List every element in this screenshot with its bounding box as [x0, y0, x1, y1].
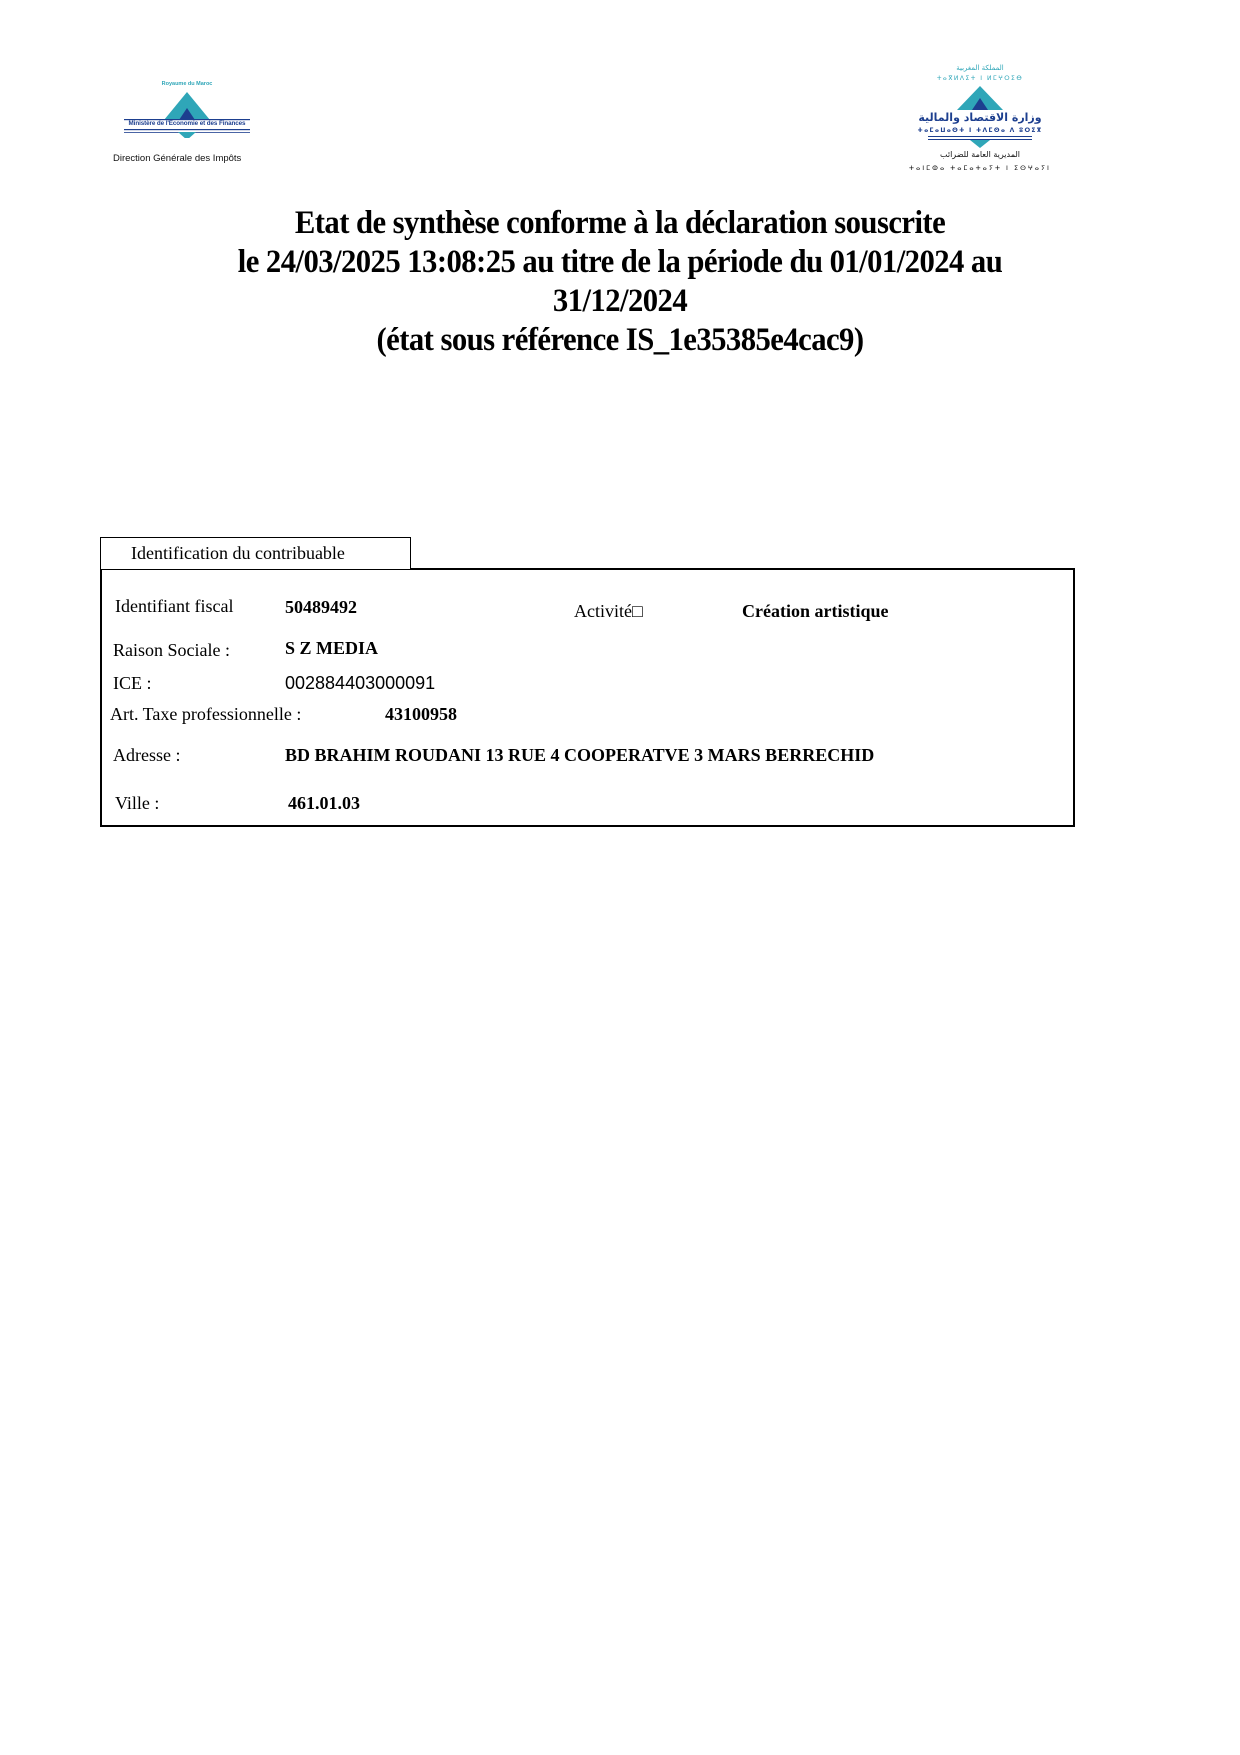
ministry-emblem-icon	[124, 90, 250, 138]
logo-kingdom-ar: المملكة المغربية	[880, 64, 1080, 72]
title-line-2: le 24/03/2025 13:08:25 au titre de la pé…	[136, 243, 1103, 282]
dgi-logo-fr: Royaume du Maroc Ministère de l'Economie…	[112, 78, 272, 168]
logo-department-tifinagh: ⵜⴰⵏⵎⵀⴰ ⵜⴰⵎⴰⵜⴰⵢⵜ ⵏ ⵉⵙⵖⴰⵢⵏ	[880, 164, 1080, 172]
logo-department-ar: المديرية العامة للضرائب	[880, 150, 1080, 159]
identification-panel	[100, 568, 1075, 827]
document-title: Etat de synthèse conforme à la déclarati…	[136, 204, 1103, 360]
logo-ministry-ar: وزارة الاقتصاد والمالية	[880, 111, 1080, 124]
identification-section-label: Identification du contribuable	[131, 543, 345, 564]
logo-department-text: Direction Générale des Impôts	[113, 153, 241, 164]
logo-kingdom-text: Royaume du Maroc	[112, 81, 262, 87]
logo-kingdom-tifinagh: ⵜⴰⴳⵍⴷⵉⵜ ⵏ ⵍⵎⵖⵔⵉⴱ	[880, 75, 1080, 82]
identification-section-tab: Identification du contribuable	[100, 537, 411, 569]
logo-ministry-text: Ministère de l'Economie et des Finances	[124, 120, 250, 127]
logo-ministry-tifinagh: ⵜⴰⵎⴰⵡⴰⵙⵜ ⵏ ⵜⴷⵎⵙⴰ ⴷ ⵓⵔⵉⴳ	[880, 127, 1080, 134]
title-line-1: Etat de synthèse conforme à la déclarati…	[136, 204, 1103, 243]
title-line-4: (état sous référence IS_1e35385e4cac9)	[136, 321, 1103, 360]
title-line-3: 31/12/2024	[136, 282, 1103, 321]
dgi-logo-ar: المملكة المغربية ⵜⴰⴳⵍⴷⵉⵜ ⵏ ⵍⵎⵖⵔⵉⴱ وزارة …	[880, 62, 1080, 182]
